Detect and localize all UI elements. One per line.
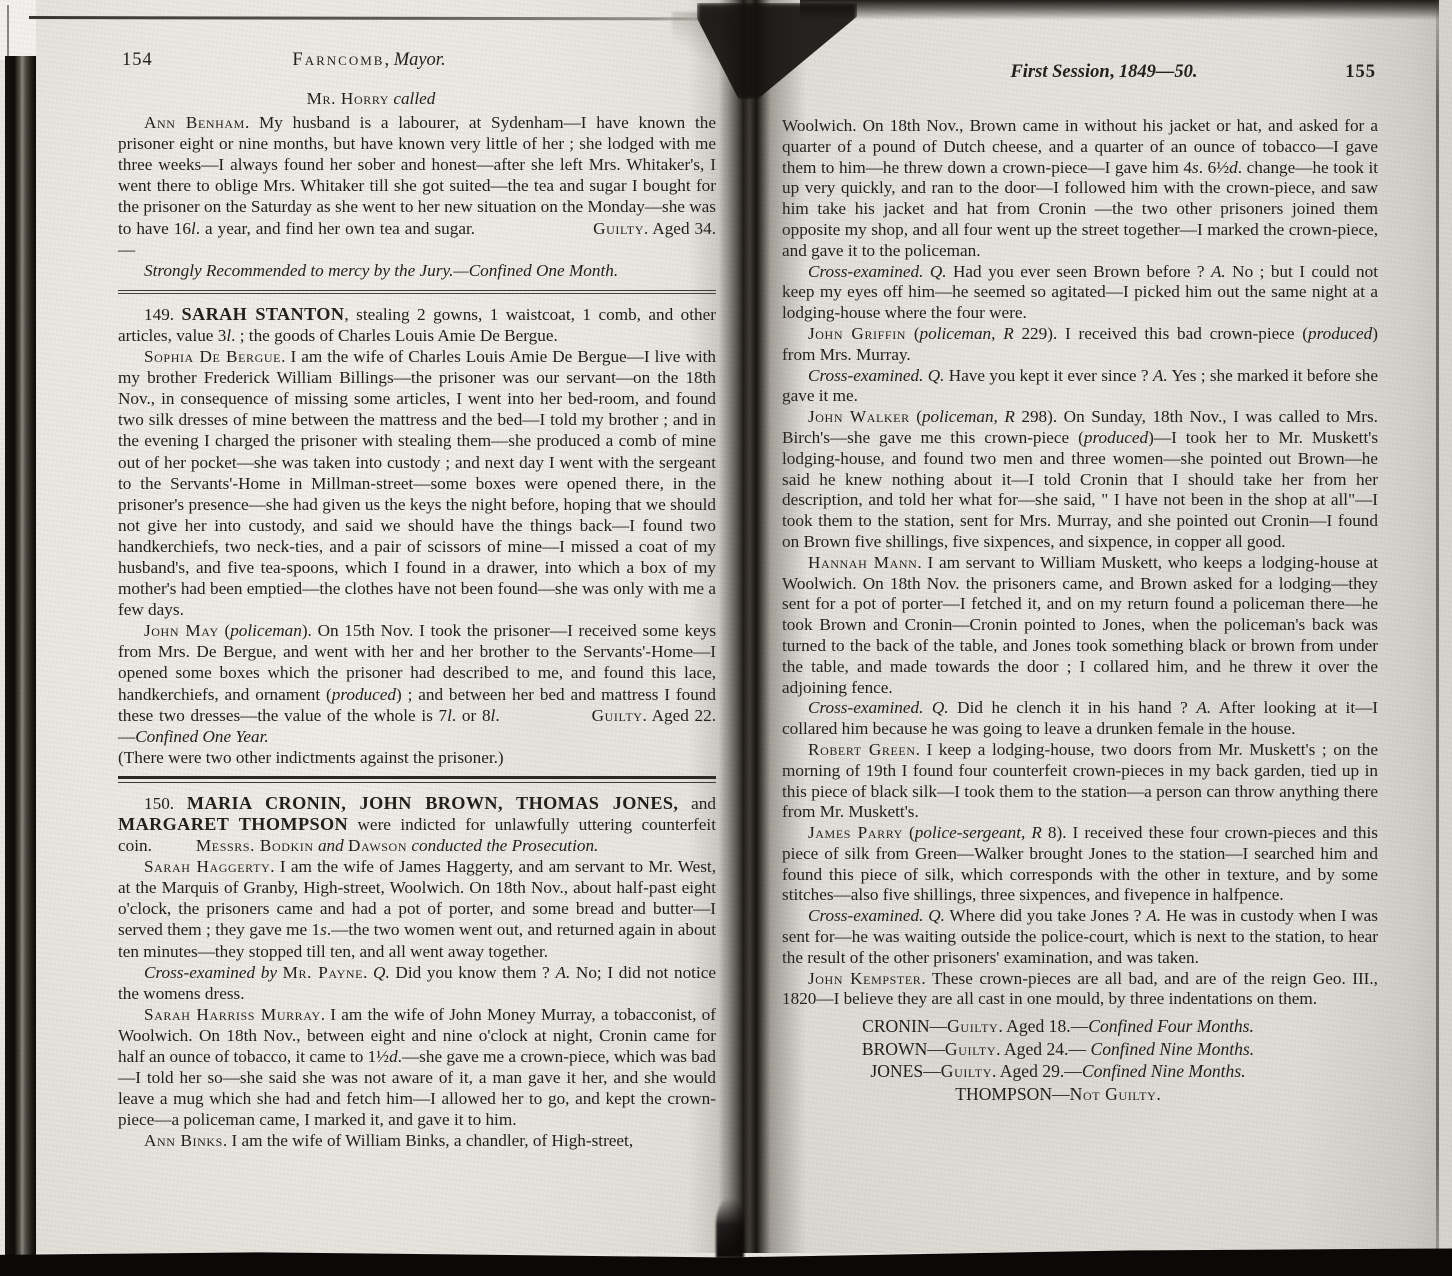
- text-run: CRONIN—: [862, 1016, 947, 1036]
- italic-text: d: [1229, 158, 1238, 177]
- cross-examination: Cross-examined by Mr. Payne. Q. Did you …: [118, 962, 716, 1004]
- small-caps-text: John Kempster: [808, 969, 921, 988]
- text-run: 150.: [144, 794, 187, 813]
- scanned-book-spread: 154 Farncomb, Mayor. Mr. Horry calledAnn…: [0, 0, 1452, 1276]
- text-run: . I am the wife of Charles Louis Amie De…: [118, 347, 716, 619]
- small-caps-text: John Walker: [808, 407, 910, 426]
- small-caps-text: John Griffin: [808, 324, 906, 343]
- gutter-bottom-shadow: [716, 1198, 744, 1258]
- italic-text: conducted the Prosecution.: [411, 836, 598, 855]
- text-run: . Aged 24.—: [996, 1039, 1090, 1059]
- testimony-john-kempster: John Kempster. These crown-pieces are al…: [782, 969, 1378, 1011]
- small-caps-text: Hannah Mann: [808, 553, 917, 572]
- text-run: 229). I received this bad crown-piece (: [1014, 324, 1308, 343]
- text-run: Had you ever seen Brown before ?: [947, 262, 1211, 281]
- italic-text: s: [320, 920, 327, 939]
- left-page-body: 154 Farncomb, Mayor. Mr. Horry calledAnn…: [118, 50, 716, 1152]
- italic-text: Q.: [373, 963, 390, 982]
- text-run: . Aged 29.—: [992, 1061, 1082, 1081]
- italic-text: A.: [1211, 262, 1226, 281]
- small-caps-text: John May: [144, 621, 219, 640]
- left-page-text: Mr. Horry calledAnn Benham. My husband i…: [118, 88, 716, 1152]
- spacer: [500, 720, 592, 721]
- verdict-brown: BROWN—Guilty. Aged 24.— Confined Nine Mo…: [760, 1038, 1356, 1061]
- italic-text: A.: [1196, 698, 1211, 717]
- italic-text: policeman: [230, 621, 302, 640]
- italic-text: Strongly Recommended to mercy by the Jur…: [144, 261, 618, 280]
- small-caps-text: Ann Benham: [144, 113, 245, 132]
- cross-examination: Cross-examined. Q. Did he clench it in h…: [782, 698, 1378, 740]
- small-caps-text: Guilty: [593, 219, 644, 238]
- italic-text: Q.: [928, 906, 945, 925]
- text-run: Did you know them ?: [390, 963, 556, 982]
- text-run: BROWN—: [862, 1039, 945, 1059]
- text-run: . 6½: [1199, 158, 1229, 177]
- spacer: [152, 850, 196, 851]
- bold-italic-text: 1849—50.: [1119, 62, 1198, 82]
- italic-text: Mayor.: [394, 50, 446, 70]
- scan-corner: [0, 0, 36, 60]
- bold-text: SARAH STANTON: [182, 304, 345, 324]
- testimony-john-may: John May (policeman). On 15th Nov. I too…: [118, 620, 716, 747]
- testimony-sarah-haggerty: Sarah Haggerty. I am the wife of James H…: [118, 856, 716, 961]
- small-caps-text: Mr. Horry: [307, 89, 389, 108]
- left-page-header: 154 Farncomb, Mayor.: [118, 50, 716, 76]
- small-caps-text: Mr. Payne: [283, 963, 363, 982]
- text-run: Where did you take Jones ?: [945, 906, 1146, 925]
- italic-text: Confined Four Months.: [1088, 1016, 1254, 1036]
- right-running-title: First Session, 1849—50.: [806, 62, 1402, 83]
- text-run: .: [363, 963, 373, 982]
- small-caps-text: Messrs. Bodkin: [196, 836, 314, 855]
- italic-text: produced: [332, 685, 396, 704]
- italic-text: Cross-examined by: [144, 963, 277, 982]
- text-run: . ; the goods of Charles Louis Amie De B…: [231, 326, 558, 345]
- subheading: Mr. Horry called: [72, 88, 670, 109]
- small-caps-text: Guilty: [592, 706, 643, 725]
- text-run: . I am servant to William Muskett, who k…: [782, 553, 1378, 697]
- italic-text: s: [1192, 158, 1199, 177]
- verdict-jones: JONES—Guilty. Aged 29.—Confined Nine Mon…: [760, 1060, 1356, 1083]
- right-page-body: First Session, 1849—50. 155 Woolwich. On…: [782, 62, 1378, 1106]
- gutter-shadow: [688, 0, 806, 1253]
- section-divider: [118, 290, 716, 294]
- text-run: THOMPSON—: [955, 1084, 1069, 1104]
- italic-text: A.: [1146, 906, 1161, 925]
- small-caps-text: Ann Binks: [144, 1131, 223, 1150]
- binding-edge: [5, 56, 36, 1256]
- italic-text: produced: [1084, 428, 1148, 447]
- text-run: . or 8: [452, 706, 491, 725]
- italic-text: d: [389, 1047, 398, 1066]
- italic-text: Confined Nine Months.: [1090, 1039, 1254, 1059]
- italic-text: Confined One Year.: [135, 727, 269, 746]
- testimony-sophia-de-bergue: Sophia De Bergue. I am the wife of Charl…: [118, 346, 716, 620]
- italic-text: Q.: [928, 366, 945, 385]
- note-line: (There were two other indictments agains…: [118, 747, 716, 768]
- italic-text: Q.: [932, 698, 949, 717]
- italic-text: Confined Nine Months.: [1082, 1061, 1246, 1081]
- text-run: (: [910, 407, 922, 426]
- small-caps-text: Sarah Haggerty: [144, 857, 270, 876]
- text-run: ,: [384, 50, 393, 70]
- text-run: . a year, and find her own tea and sugar…: [196, 219, 475, 238]
- italic-text: policeman, R: [922, 407, 1015, 426]
- spacer: [475, 233, 593, 234]
- italic-text: policeman, R: [920, 324, 1014, 343]
- testimony-robert-green: Robert Green. I keep a lodging-house, tw…: [782, 740, 1378, 823]
- text-run: (: [219, 621, 230, 640]
- text-run: ,: [1110, 62, 1119, 82]
- small-caps-text: Guilty: [941, 1061, 992, 1081]
- cross-examination: Cross-examined. Q. Have you kept it ever…: [782, 366, 1378, 408]
- text-run: . Aged 18.—: [998, 1016, 1088, 1036]
- bold-text: MARGARET THOMPSON: [118, 814, 348, 834]
- left-running-title: Farncomb, Mayor.: [70, 50, 668, 71]
- testimony-james-parry: James Parry (police-sergeant, R 8). I re…: [782, 823, 1378, 906]
- verdict-thompson: THOMPSON—Not Guilty.: [760, 1083, 1356, 1106]
- italic-text: Cross-examined.: [808, 262, 923, 281]
- small-caps-text: Farncomb: [292, 50, 384, 70]
- italic-text: and: [318, 836, 344, 855]
- text-run: Have you kept it ever since ?: [944, 366, 1152, 385]
- section-divider: [118, 776, 716, 783]
- text-run: 149.: [144, 305, 182, 324]
- text-run: . I am the wife of William Binks, a chan…: [223, 1131, 633, 1150]
- italic-text: A.: [555, 963, 570, 982]
- bold-text: MARIA CRONIN, JOHN BROWN, THOMAS JONES,: [187, 793, 678, 813]
- italic-text: called: [393, 89, 435, 108]
- text-run: .: [1156, 1084, 1160, 1104]
- italic-text: Q.: [930, 262, 947, 281]
- bold-italic-text: First Session: [1010, 62, 1109, 82]
- right-page-edge-line: [1436, 0, 1439, 1276]
- small-caps-text: Dawson: [348, 836, 407, 855]
- cross-examination: Cross-examined. Q. Where did you take Jo…: [782, 906, 1378, 968]
- sentence-line: Strongly Recommended to mercy by the Jur…: [118, 260, 716, 281]
- text-run: (: [906, 324, 919, 343]
- testimony-ann-benham: Ann Benham. My husband is a labourer, at…: [118, 112, 716, 260]
- testimony-sarah-harriss-murray: Sarah Harriss Murray. I am the wife of J…: [118, 1004, 716, 1131]
- spine-edge-line: [7, 5, 9, 59]
- verdict-block: CRONIN—Guilty. Aged 18.—Confined Four Mo…: [760, 1015, 1356, 1105]
- verdict-cronin: CRONIN—Guilty. Aged 18.—Confined Four Mo…: [760, 1015, 1356, 1038]
- text-run: [923, 698, 932, 717]
- italic-text: Cross-examined.: [808, 366, 923, 385]
- text-run: JONES—: [870, 1061, 940, 1081]
- right-page-number: 155: [1345, 62, 1376, 83]
- small-caps-text: Not Guilty: [1070, 1084, 1157, 1104]
- small-caps-text: Guilty: [947, 1016, 998, 1036]
- testimony-ann-binks-continued: Woolwich. On 18th Nov., Brown came in wi…: [782, 116, 1378, 262]
- small-caps-text: James Parry: [808, 823, 903, 842]
- testimony-hannah-mann: Hannah Mann. I am servant to William Mus…: [782, 553, 1378, 699]
- small-caps-text: Sophia De Bergue: [144, 347, 281, 366]
- small-caps-text: Robert Green: [808, 740, 916, 759]
- right-page-text: Woolwich. On 18th Nov., Brown came in wi…: [782, 116, 1378, 1010]
- italic-text: Cross-examined.: [808, 906, 923, 925]
- text-run: .: [495, 706, 499, 725]
- italic-text: police-sergeant, R: [915, 823, 1042, 842]
- italic-text: A.: [1153, 366, 1168, 385]
- case-heading-149: 149. SARAH STANTON, stealing 2 gowns, 1 …: [118, 304, 716, 346]
- right-page-top-shadow: [800, 0, 1452, 20]
- text-run: (: [903, 823, 915, 842]
- italic-text: Cross-examined.: [808, 698, 923, 717]
- testimony-ann-binks: Ann Binks. I am the wife of William Bink…: [118, 1130, 716, 1151]
- right-page-header: First Session, 1849—50. 155: [782, 62, 1378, 88]
- text-run: Did he clench it in his hand ?: [949, 698, 1197, 717]
- right-page-edge: [1439, 0, 1452, 1276]
- text-run: (There were two other indictments agains…: [118, 748, 504, 767]
- testimony-john-walker: John Walker (policeman, R 298). On Sunda…: [782, 407, 1378, 553]
- small-caps-text: Sarah Harriss Murray: [144, 1005, 321, 1024]
- small-caps-text: Guilty: [945, 1039, 996, 1059]
- cross-examination: Cross-examined. Q. Had you ever seen Bro…: [782, 262, 1378, 324]
- case-heading-150: 150. MARIA CRONIN, JOHN BROWN, THOMAS JO…: [118, 793, 716, 856]
- testimony-john-griffin: John Griffin (policeman, R 229). I recei…: [782, 324, 1378, 366]
- italic-text: produced: [1308, 324, 1372, 343]
